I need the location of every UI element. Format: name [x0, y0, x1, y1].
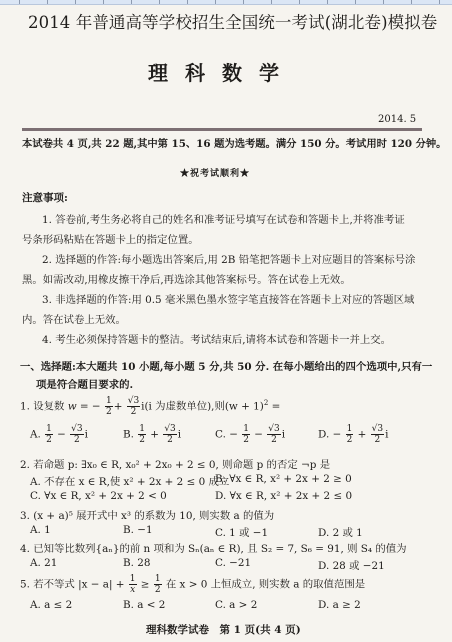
- section-heading-line2: 项是符合题目要求的.: [36, 376, 133, 391]
- notice-item-1-line1: 1. 答卷前,考生务必将自己的姓名和准考证号填写在试卷和答题卡上,并将准考证: [42, 211, 405, 226]
- exam-info: 本试卷共 4 页,共 22 题,其中第 15、16 题为选考题。满分 150 分…: [22, 135, 446, 150]
- notice-item-3-line1: 3. 非选择题的作答:用 0.5 毫米黑色墨水签字笔直接答在答题卡上对应的答题区…: [42, 291, 414, 306]
- notice-item-2-line2: 黑。如需改动,用橡皮擦干净后,再选涂其他答案标号。答在试卷上无效。: [22, 271, 351, 286]
- question-3-option-c: C. 1 或 −1: [215, 524, 268, 539]
- question-2-option-b: B. ∀x ∈ R, x² + 2x + 2 ≥ 0: [215, 473, 352, 485]
- question-5-option-b: B. a < 2: [123, 599, 165, 611]
- fraction: 12: [105, 396, 113, 417]
- subject-title: 理科数学: [148, 57, 296, 86]
- question-3-option-d: D. 2 或 1: [318, 524, 363, 539]
- question-4-option-c: C. −21: [215, 557, 251, 569]
- notice-item-4: 4. 考生必须保持答题卡的整洁。考试结束后,请将本试卷和答题卡一并上交。: [42, 331, 391, 346]
- question-2-option-a: A. 不存在 x ∈ R,使 x² + 2x + 2 ≤ 0 成立: [30, 473, 229, 488]
- good-luck-banner: ★祝考试顺利★: [180, 166, 250, 179]
- fraction: √32: [127, 396, 140, 417]
- question-5-option-d: D. a ≥ 2: [318, 599, 361, 611]
- notice-item-1-line2: 号条形码粘贴在答题卡上的指定位置。: [22, 231, 199, 246]
- question-4-option-b: B. 28: [123, 557, 150, 569]
- notice-item-2-line1: 2. 选择题的作答:每小题选出答案后,用 2B 铅笔把答题卡上对应题目的答案标号…: [42, 251, 415, 266]
- question-5-option-c: C. a > 2: [215, 599, 257, 611]
- question-2-stem: 2. 若命题 p: ∃x₀ ∈ R, x₀² + 2x₀ + 2 ≤ 0, 则命…: [20, 456, 330, 471]
- exam-title: 2014 年普通高等学校招生全国统一考试(湖北卷)模拟卷: [28, 9, 437, 33]
- question-3-stem: 3. (x + a)⁵ 展开式中 x³ 的系数为 10, 则实数 a 的值为: [20, 507, 274, 522]
- question-5-option-a: A. a ≤ 2: [30, 599, 72, 611]
- question-3-option-a: A. 1: [30, 524, 51, 536]
- notice-heading: 注意事项:: [22, 190, 68, 205]
- header-divider: [22, 128, 422, 131]
- question-3-option-b: B. −1: [123, 524, 153, 536]
- question-5-stem: 5. 若不等式 |x − a| + 1x ≥ 12 在 x > 0 上恒成立, …: [20, 574, 365, 595]
- question-4-stem: 4. 已知等比数列{aₙ}的前 n 项和为 Sₙ(aₙ ∈ R), 且 S₂ =…: [20, 540, 407, 555]
- exam-date: 2014. 5: [378, 114, 416, 125]
- question-4-option-a: A. 21: [30, 557, 57, 569]
- section-heading-line1: 一、选择题:本大题共 10 小题,每小题 5 分,共 50 分. 在每小题给出的…: [20, 358, 432, 373]
- question-2-option-d: D. ∀x ∈ R, x² + 2x + 2 ≤ 0: [215, 490, 352, 502]
- page-footer: 理科数学试卷 第 1 页(共 4 页): [146, 622, 301, 637]
- question-1-option-d: D. − 12 + √32i: [318, 424, 388, 445]
- question-1-stem: 1. 设复数 w = − 12+ √32i(i 为虚数单位),则(w + 1)2…: [20, 396, 280, 417]
- notice-item-3-line2: 内。答在试卷上无效。: [22, 311, 126, 326]
- question-1-option-a: A. 12 − √32i: [30, 424, 88, 445]
- question-2-option-c: C. ∀x ∈ R, x² + 2x + 2 < 0: [30, 490, 167, 502]
- ruler-strip: [0, 0, 452, 5]
- question-1-option-b: B. 12 + √32i: [123, 424, 181, 445]
- question-1-option-c: C. − 12 − √32i: [215, 424, 285, 445]
- question-4-option-d: D. 28 或 −21: [318, 557, 385, 572]
